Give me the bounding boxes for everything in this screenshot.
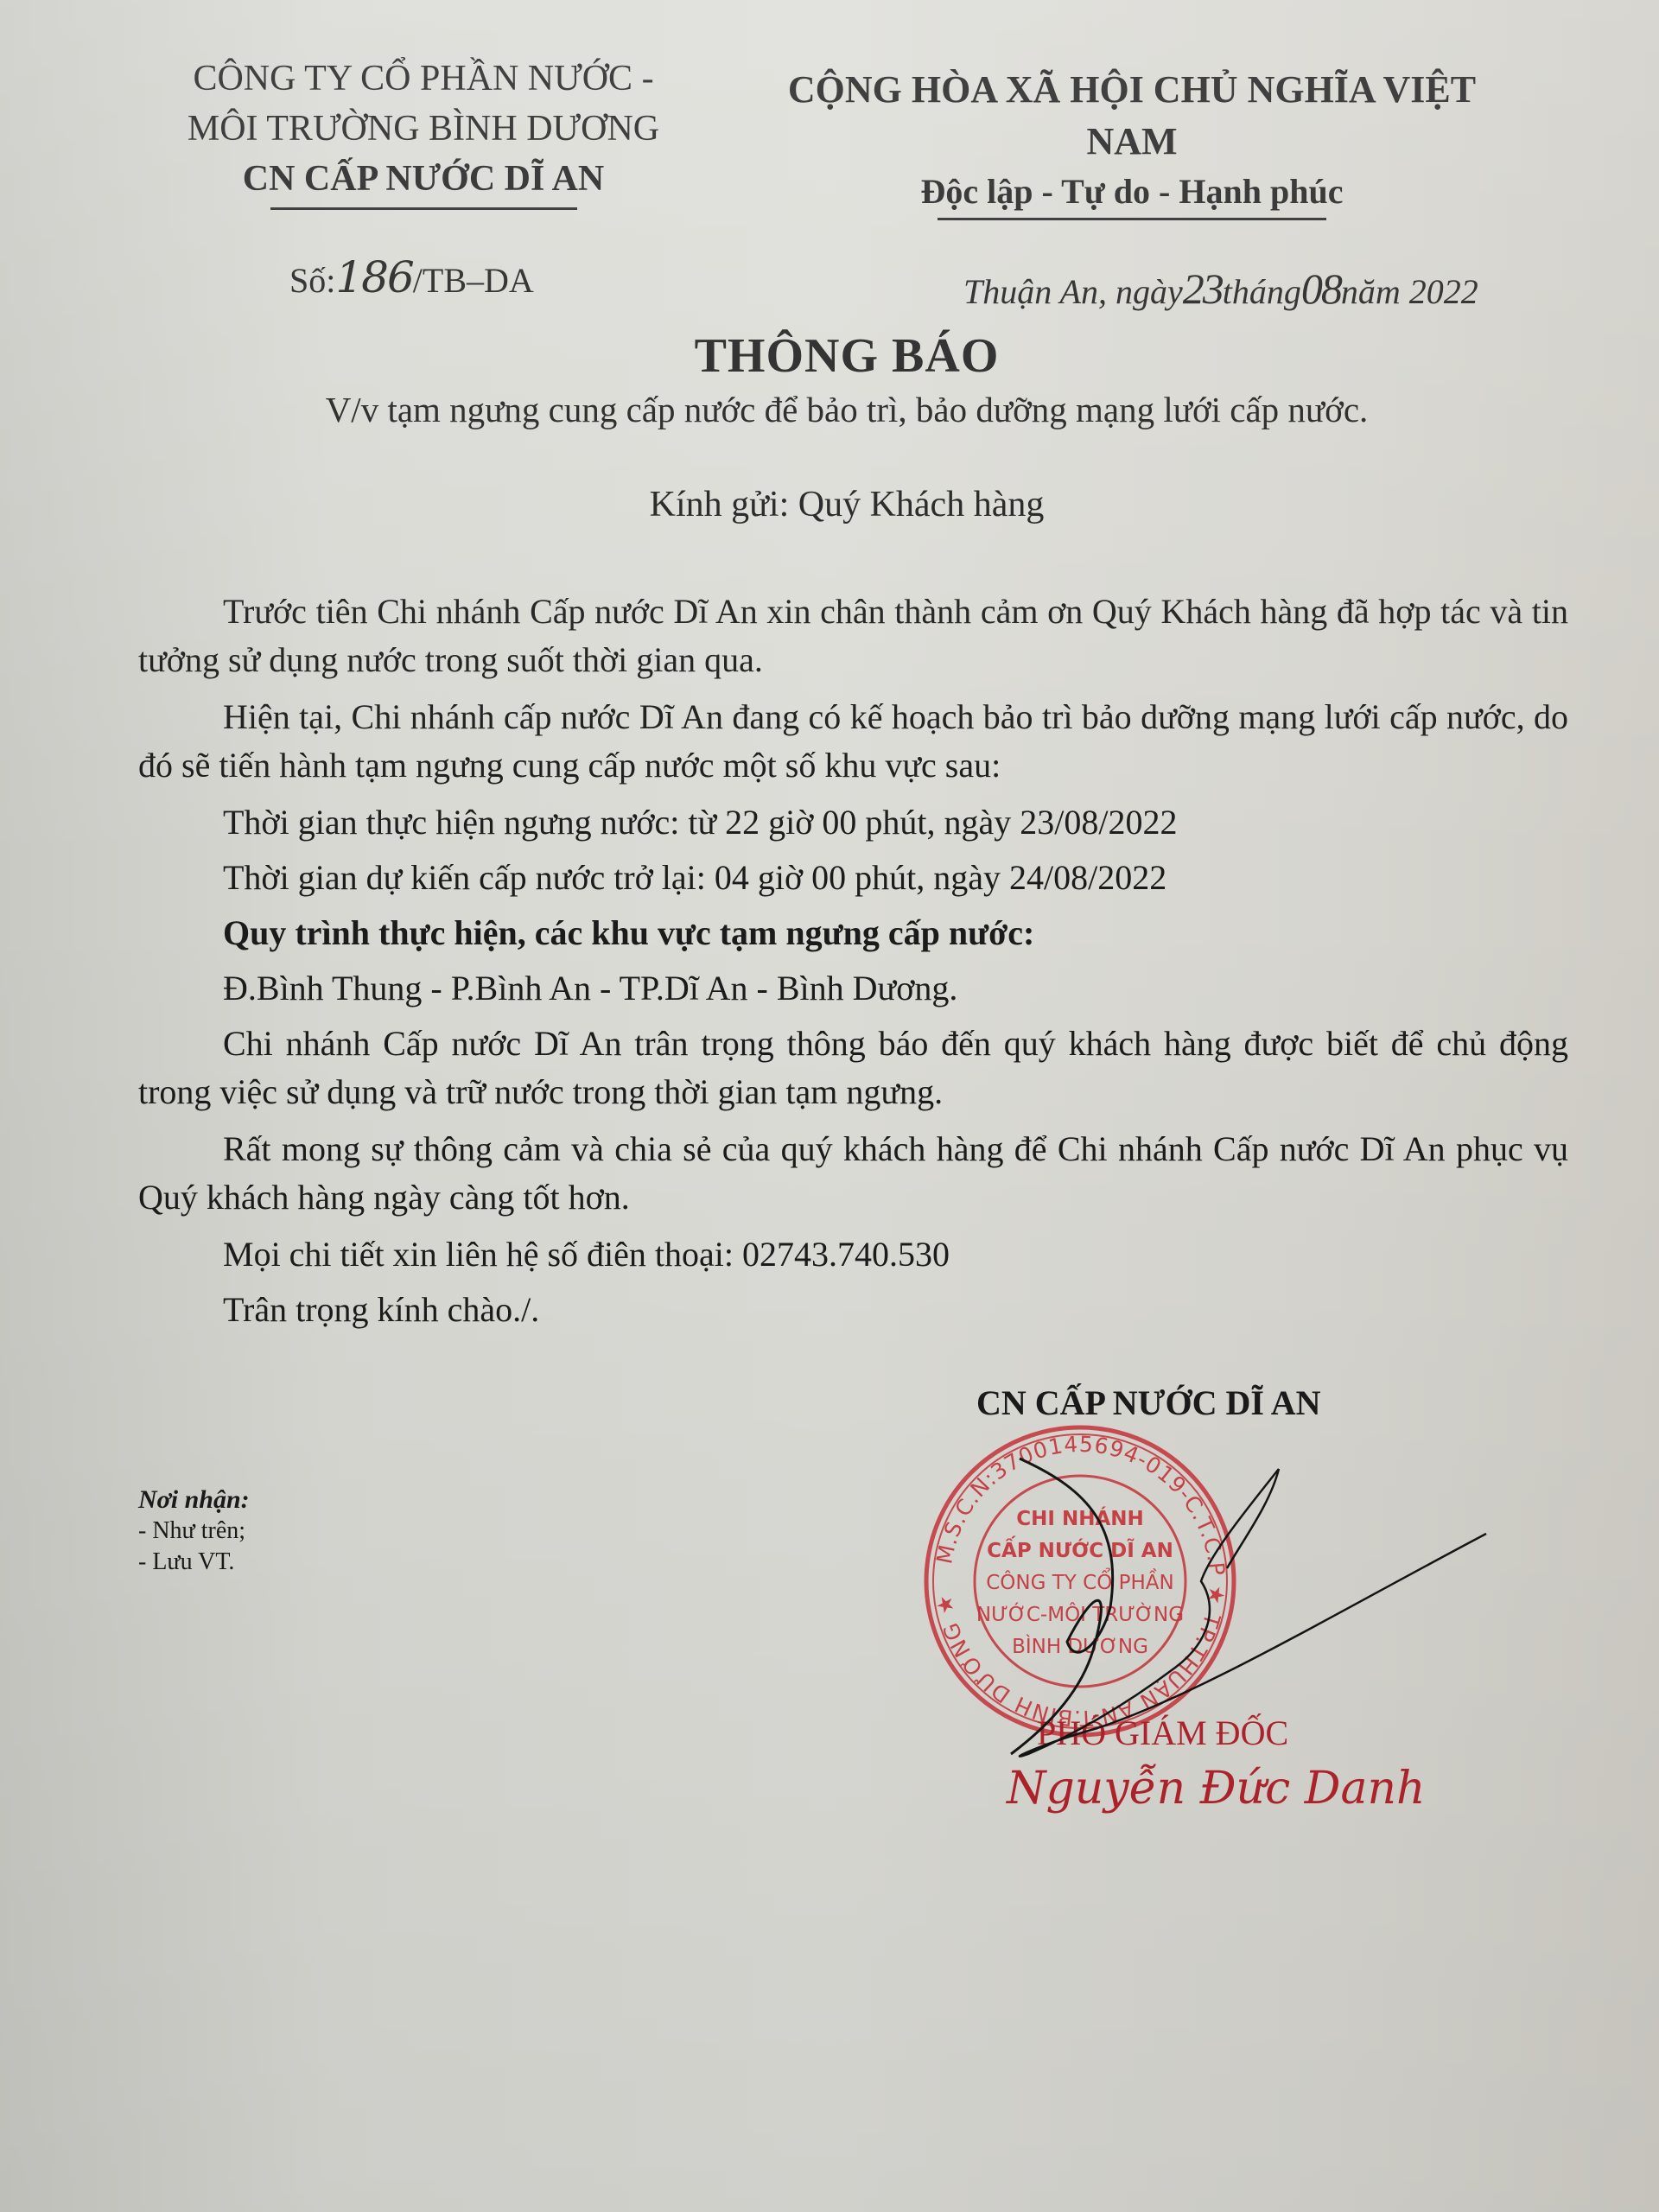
affected-areas: Đ.Bình Thung - P.Bình An - TP.Dĩ An - Bì… [138,964,1568,1013]
stamp-line: NƯỚC-MÔI TRƯỜNG [976,1602,1184,1626]
stamp-line: CHI NHÁNH [1016,1506,1144,1530]
notice-paragraph: Chi nhánh Cấp nước Dĩ An trân trọng thôn… [138,1020,1568,1116]
reference-suffix: /TB–DA [413,261,534,300]
motto-underline [938,218,1326,220]
national-header: CỘNG HÒA XÃ HỘI CHỦ NGHĨA VIỆT NAM Độc l… [743,64,1521,220]
recipient-item: - Như trên; [138,1516,250,1547]
recipients-block: Nơi nhận: - Như trên; - Lưu VT. [138,1484,250,1578]
signer-title: PHÓ GIÁM ĐỐC [1037,1713,1288,1753]
intro-paragraph: Trước tiên Chi nhánh Cấp nước Dĩ An xin … [138,588,1568,684]
stamp-line: BÌNH DƯƠNG [1012,1634,1148,1658]
reference-prefix: Số: [289,261,335,300]
issuer-org-line1: CÔNG TY CỔ PHẦN NƯỚC - [168,54,678,104]
date-month-label: tháng [1223,272,1301,311]
signer-name: Nguyễn Đức Danh [1007,1763,1425,1815]
document-page: CÔNG TY CỔ PHẦN NƯỚC - MÔI TRƯỜNG BÌNH D… [0,0,1659,2212]
recipients-label: Nơi nhận: [138,1484,250,1516]
date-month: 08 [1301,264,1341,313]
place-date: Thuận An, ngày23tháng08năm 2022 [963,264,1478,314]
outage-start: Thời gian thực hiện ngưng nước: từ 22 gi… [138,798,1568,847]
date-day: 23 [1183,264,1223,313]
issuer-branch: CN CẤP NƯỚC DĨ AN [168,154,678,204]
stamp-line: CẤP NƯỚC DĨ AN [987,1535,1173,1562]
company-stamp-icon: M.S.C.N:3700145694-019-C.T.C.P ★ TP.THUẬ… [916,1417,1244,1745]
plan-paragraph: Hiện tại, Chi nhánh cấp nước Dĩ An đang … [138,693,1568,790]
reference-number: Số:186/TB–DA [289,252,534,302]
document-title: THÔNG BÁO [0,328,1659,384]
document-body: Trước tiên Chi nhánh Cấp nước Dĩ An xin … [138,588,1568,1341]
issuer-org-line2: MÔI TRƯỜNG BÌNH DƯƠNG [168,104,678,154]
areas-heading: Quy trình thực hiện, các khu vực tạm ngư… [138,909,1568,957]
contact-line: Mọi chi tiết xin liên hệ số điên thoại: … [138,1230,1568,1279]
recipient-item: - Lưu VT. [138,1547,250,1578]
stamp-line: CÔNG TY CỔ PHẦN [986,1567,1174,1594]
document-subject: V/v tạm ngưng cung cấp nước để bảo trì, … [0,389,1659,430]
salutation: Kính gửi: Quý Khách hàng [0,484,1659,525]
outage-end: Thời gian dự kiến cấp nước trở lại: 04 g… [138,854,1568,902]
issuer-header: CÔNG TY CỔ PHẦN NƯỚC - MÔI TRƯỜNG BÌNH D… [168,54,678,210]
regards-line: Trân trọng kính chào./. [138,1286,1568,1334]
national-motto: Độc lập - Tự do - Hạnh phúc [743,168,1521,216]
date-place: Thuận An, ngày [963,272,1183,311]
reference-handwritten-number: 186 [335,252,412,302]
issuer-underline [270,207,577,210]
apology-paragraph: Rất mong sự thông cảm và chia sẻ của quý… [138,1125,1568,1222]
date-year: năm 2022 [1341,272,1478,311]
country-name: CỘNG HÒA XÃ HỘI CHỦ NGHĨA VIỆT NAM [743,64,1521,168]
